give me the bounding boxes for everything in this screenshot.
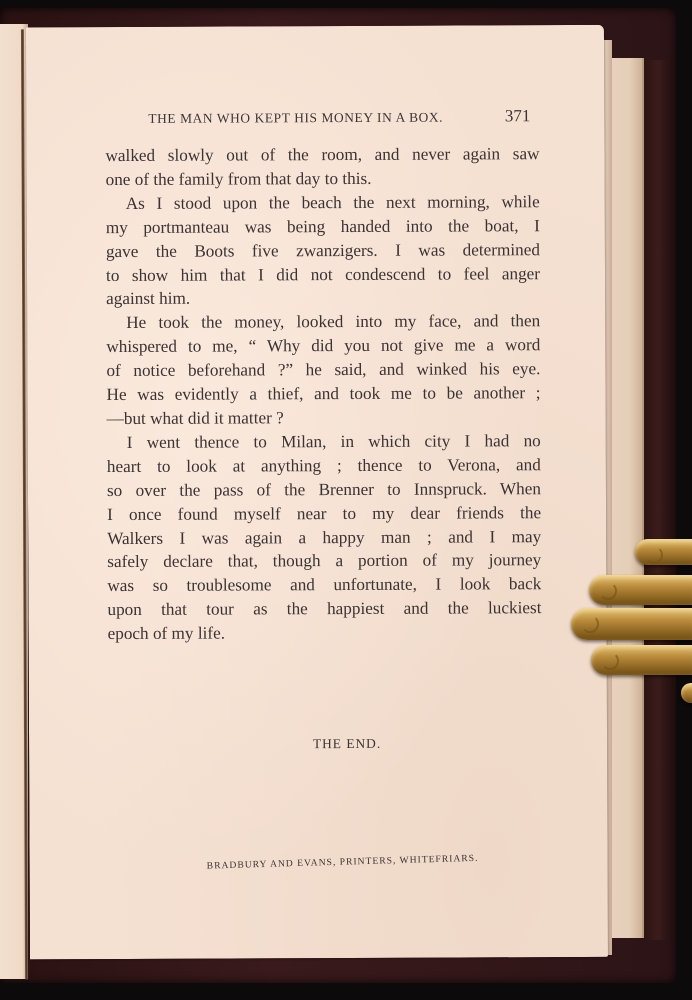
finger-shape xyxy=(681,683,692,703)
text-line: I once found myself near to my dear frie… xyxy=(107,501,541,527)
text-line: walked slowly out of the room, and never… xyxy=(105,142,539,168)
finger-shape xyxy=(589,575,692,605)
text-line: my portmanteau was being handed into the… xyxy=(106,214,540,240)
text-line: He was evidently a thief, and took me to… xyxy=(106,381,540,407)
text-line: upon that tour as the happiest and the l… xyxy=(107,596,541,622)
finger-shape xyxy=(571,608,692,640)
text-line: He took the money, looked into my face, … xyxy=(106,310,540,336)
text-line: As I stood upon the beach the next morni… xyxy=(106,190,540,216)
book-page-view: THE MAN WHO KEPT HIS MONEY IN A BOX. 371… xyxy=(0,0,692,1000)
brass-hand-clip-icon xyxy=(567,535,692,705)
finger-shape xyxy=(591,645,692,675)
page-number: 371 xyxy=(505,106,531,126)
text-line: gave the Boots five zwanzigers. I was de… xyxy=(106,238,540,264)
text-line: against him. xyxy=(106,286,540,312)
finger-shape xyxy=(635,539,692,565)
text-line: I went thence to Milan, in which city I … xyxy=(107,429,541,455)
text-line: to show him that I did not condescend to… xyxy=(106,262,540,288)
text-line: one of the family from that day to this. xyxy=(106,166,540,192)
the-end-heading: THE END. xyxy=(1,735,692,754)
text-line: —but what did it matter ? xyxy=(107,405,541,431)
text-line: safely declare that, though a portion of… xyxy=(107,549,541,575)
text-line: whispered to me, “ Why did you not give … xyxy=(106,333,540,359)
text-line: of notice beforehand ?” he said, and win… xyxy=(106,357,540,383)
running-head: THE MAN WHO KEPT HIS MONEY IN A BOX. 371 xyxy=(148,106,530,128)
text-line: so over the pass of the Brenner to Innsp… xyxy=(107,477,541,503)
text-line: epoch of my life. xyxy=(108,620,542,646)
text-line: was so troublesome and unfortunate, I lo… xyxy=(107,572,541,598)
text-line: Walkers I was again a happy man ; and I … xyxy=(107,525,541,551)
body-text: walked slowly out of the room, and never… xyxy=(105,142,541,646)
running-head-title: THE MAN WHO KEPT HIS MONEY IN A BOX. xyxy=(148,110,443,127)
text-line: heart to look at anything ; thence to Ve… xyxy=(107,453,541,479)
